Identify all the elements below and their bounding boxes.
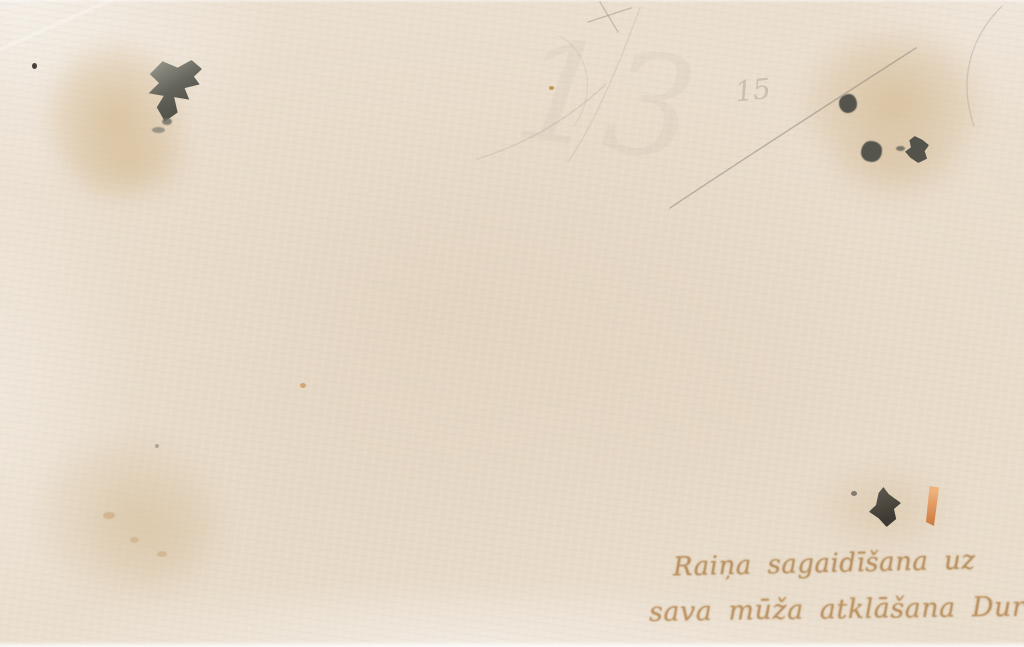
gray-speck-top-left-1 [162, 118, 172, 125]
pencil-x-mark-stroke-1 [588, 8, 631, 22]
inscription-line-2: sava mūža atklāšana Durbē [649, 591, 1024, 628]
dark-spot-top-right-2 [861, 141, 882, 162]
stain-top-right-lobe [820, 120, 970, 210]
postcard-back-scan: 13 15 Raiņa sagaidīšana uz sava mūža atk… [0, 0, 1024, 647]
black-speck-top-left [32, 63, 37, 69]
stain-top-left-lobe [66, 118, 196, 210]
yellow-speck-center [549, 86, 554, 90]
pencil-number-13: 13 [506, 8, 705, 194]
inscription-line-1: Raiņa sagaidīšana uz [673, 546, 976, 583]
stain-bottom-left-lobe [90, 480, 230, 600]
brown-speckle-bottom-left-2 [130, 537, 139, 543]
brown-speckle-bottom-left-3 [157, 551, 167, 557]
brown-speckle-bottom-left-1 [103, 512, 115, 519]
dark-spot-top-right-1 [839, 94, 857, 113]
paper-bottom-edge [0, 641, 1024, 647]
dark-spot-top-right-tail [896, 146, 905, 151]
pencil-x-mark-stroke-2 [600, 2, 618, 32]
pencil-scribble-stroke-2 [477, 84, 606, 159]
paper-top-edge [0, 0, 1024, 3]
gray-speck-top-left-2 [152, 127, 165, 133]
pencil-scribble-stroke-1 [568, 8, 640, 162]
pencil-scribble-stroke-3 [560, 36, 588, 126]
gray-speck-bottom-left [155, 444, 159, 448]
dark-speck-bottom-right [851, 491, 857, 496]
pencil-number-15: 15 [733, 72, 772, 109]
orange-fleck-left [300, 383, 306, 388]
